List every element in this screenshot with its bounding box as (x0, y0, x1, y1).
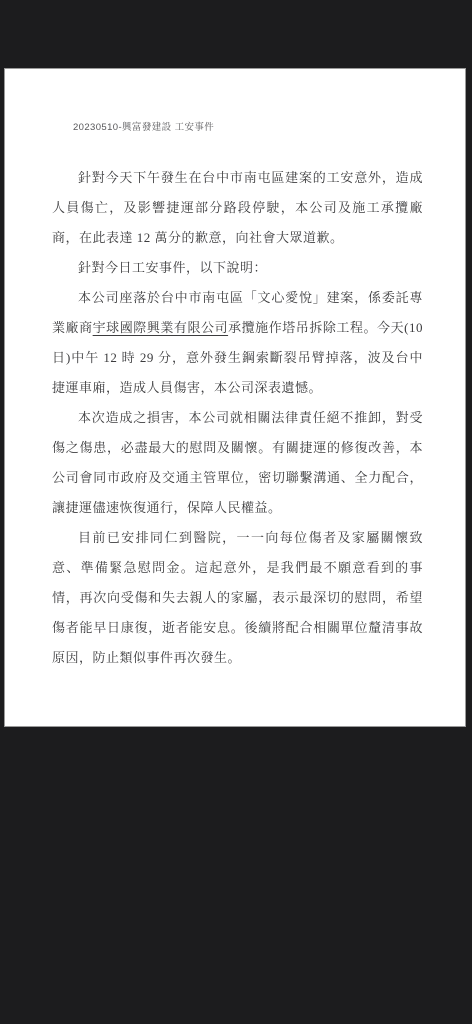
document-body: 針對今天下午發生在台中市南屯區建案的工安意外，造成人員傷亡，及影響捷運部分路段停… (52, 163, 423, 673)
document-title-label: 20230510-興富發建設 工安事件 (73, 119, 214, 133)
contractor-name-underlined: 宇球國際興業有限公司 (93, 320, 228, 335)
paragraph-apology: 針對今天下午發生在台中市南屯區建案的工安意外，造成人員傷亡，及影響捷運部分路段停… (52, 163, 423, 253)
viewer-background: { "colors": { "viewer_background": "#1C1… (0, 0, 472, 1024)
document-page: 20230510-興富發建設 工安事件 針對今天下午發生在台中市南屯區建案的工安… (4, 68, 466, 727)
paragraph-statement-intro: 針對今日工安事件，以下說明： (52, 253, 423, 283)
paragraph-incident-detail: 本公司座落於台中市南屯區「文心愛悅」建案，係委託專業廠商宇球國際興業有限公司承攬… (52, 283, 423, 403)
paragraph-responsibility: 本次造成之損害，本公司就相關法律責任絕不推卸，對受傷之傷患，必盡最大的慰問及關懷… (52, 403, 423, 523)
paragraph-condolence: 目前已安排同仁到醫院，一一向每位傷者及家屬關懷致意、準備緊急慰問金。這起意外，是… (52, 523, 423, 673)
